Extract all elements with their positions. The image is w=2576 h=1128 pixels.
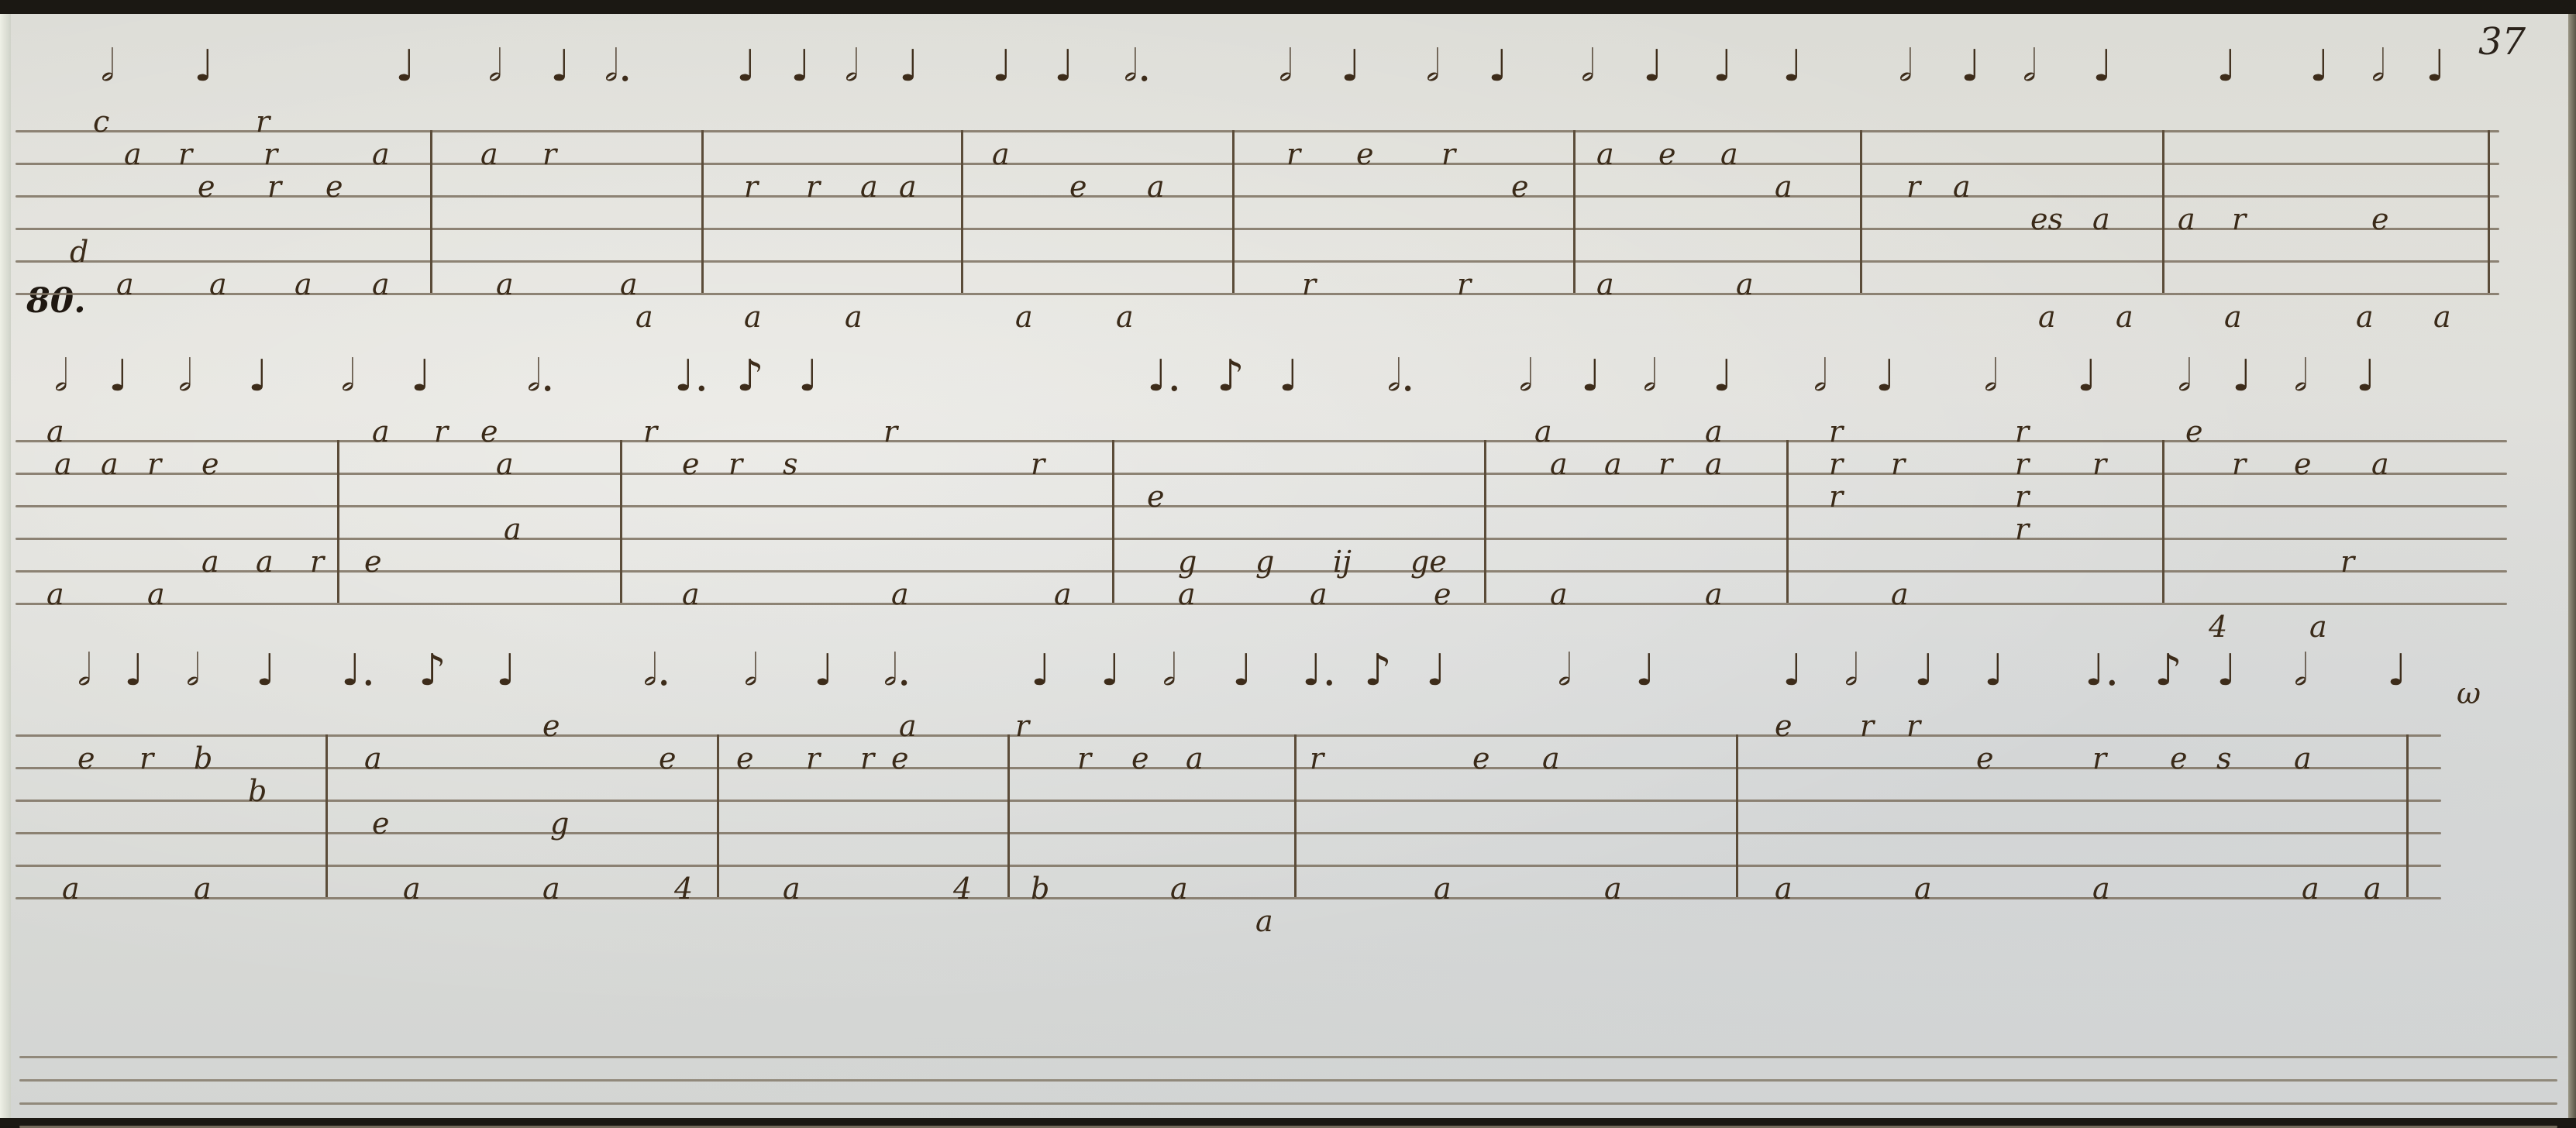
tab-letter: a	[1705, 579, 1723, 609]
tab-letter: a	[1596, 139, 1614, 169]
barline	[1112, 440, 1114, 603]
tab-letter: r	[1658, 449, 1672, 479]
staff-line	[15, 195, 2499, 198]
tab-letter: a	[504, 514, 522, 544]
rhythm-flag: ♩	[124, 649, 144, 693]
tab-letter: r	[2232, 449, 2246, 479]
rhythm-flag: ♩	[1984, 649, 2004, 693]
rhythm-flag: ♩.	[1302, 649, 1336, 693]
rhythm-flag: ♪	[1364, 649, 1392, 693]
tab-letter: a	[209, 270, 227, 299]
tab-letter: s	[783, 449, 798, 479]
rhythm-flag: ♩	[1581, 355, 1601, 398]
rhythm-flag: ♩	[2426, 45, 2446, 88]
rhythm-flag: ♩	[2092, 45, 2113, 88]
tab-letter: a	[2364, 874, 2381, 903]
tab-letter: r	[1302, 270, 1316, 299]
barline	[717, 734, 719, 897]
rhythm-flag: ♩	[814, 649, 834, 693]
tab-letter: a	[1775, 874, 1793, 903]
rhythm-flag: ♩.	[674, 355, 708, 398]
barline	[961, 130, 963, 293]
tab-letter: e	[1472, 744, 1490, 773]
tab-letter: a	[372, 270, 390, 299]
tab-letter: r	[744, 172, 758, 201]
page-right-edge	[2568, 14, 2576, 1118]
rhythm-flag: 𝅗𝅥	[2178, 355, 2192, 398]
staff-line	[15, 228, 2499, 230]
tab-letter: a	[1953, 172, 1971, 201]
rhythm-flag: 𝅗𝅥.	[1124, 45, 1152, 88]
staff-line	[15, 538, 2507, 540]
tab-letter: r	[2015, 417, 2029, 446]
tab-letter: a	[124, 139, 142, 169]
tab-letter: g	[550, 809, 569, 838]
tab-letter: r	[2015, 482, 2029, 511]
tab-letter: a	[116, 270, 134, 299]
rhythm-flag: ♩	[2232, 355, 2252, 398]
tab-letter: r	[1457, 270, 1471, 299]
staff-line	[15, 734, 2441, 737]
tab-letter: a	[2092, 874, 2110, 903]
tab-letter: e	[2294, 449, 2312, 479]
rhythm-flag: ♩	[1713, 45, 1733, 88]
rhythm-flag: ♩.	[1147, 355, 1181, 398]
tab-letter: r	[256, 107, 270, 136]
rhythm-flag: 𝅗𝅥	[54, 355, 68, 398]
rhythm-flag: ♩	[1100, 649, 1121, 693]
rhythm-flag: ♩	[256, 649, 276, 693]
tab-letter: a	[1550, 579, 1568, 609]
tab-letter: a	[992, 139, 1010, 169]
tab-letter: e	[1976, 744, 1994, 773]
rhythm-flag: ♩	[1488, 45, 1508, 88]
barline	[1860, 130, 1862, 293]
barline	[430, 130, 432, 293]
tab-letter: d	[70, 237, 88, 267]
rhythm-flag: ♩	[1914, 649, 1934, 693]
tab-letter: a	[860, 172, 878, 201]
rhythm-flag: 𝅗𝅥.	[883, 649, 911, 693]
tab-letter: a	[845, 302, 863, 332]
tab-letter: r	[1077, 744, 1091, 773]
rhythm-flag: 𝅗𝅥	[1426, 45, 1440, 88]
tab-letter: a	[364, 744, 382, 773]
tab-letter: r	[643, 417, 657, 446]
barline	[1786, 440, 1789, 603]
tab-letter: r	[434, 417, 448, 446]
tab-letter: r	[1829, 417, 1843, 446]
tab-letter: e	[325, 172, 343, 201]
tab-letter: e	[2170, 744, 2188, 773]
rhythm-flag: ♩	[1782, 45, 1803, 88]
rhythm-flag: 𝅗𝅥.	[604, 45, 632, 88]
rhythm-flag: ♩	[1643, 45, 1663, 88]
staff-line	[15, 473, 2507, 475]
rhythm-flag: ♩	[736, 45, 756, 88]
rhythm-flag: 𝅗𝅥	[2294, 355, 2308, 398]
rhythm-flag: 𝅗𝅥	[1279, 45, 1293, 88]
rhythm-flag: 𝅗𝅥	[1519, 355, 1533, 398]
tab-letter: a	[2294, 744, 2312, 773]
tab-letter: e	[372, 809, 390, 838]
rhythm-flag: ♩	[2216, 45, 2237, 88]
tab-letter: a	[1720, 139, 1738, 169]
piece-number-marker: 80.	[26, 281, 86, 321]
rhythm-flag: ♩	[411, 355, 431, 398]
barline	[2488, 130, 2490, 293]
rhythm-flag: ♩	[899, 45, 919, 88]
tab-letter: a	[403, 874, 421, 903]
tab-letter: a	[2116, 302, 2133, 332]
tab-letter: ω	[2457, 679, 2481, 708]
tab-letter: r	[1015, 711, 1029, 741]
tab-letter: 4	[674, 874, 693, 903]
rhythm-flag: 𝅗𝅥	[186, 649, 200, 693]
rhythm-flag: 𝅗𝅥	[2371, 45, 2385, 88]
rhythm-flag: 𝅗𝅥	[1844, 649, 1858, 693]
rhythm-flag: 𝅗𝅥	[341, 355, 355, 398]
tab-letter: es	[2030, 205, 2063, 234]
rhythm-flag: ♩.	[341, 649, 375, 693]
rhythm-flag: 𝅗𝅥	[845, 45, 859, 88]
tab-letter: r	[2015, 514, 2029, 544]
rhythm-flag: 𝅗𝅥.	[1387, 355, 1415, 398]
rhythm-flag: ♩	[1341, 45, 1361, 88]
tab-letter: a	[1116, 302, 1134, 332]
tab-letter: 4	[953, 874, 972, 903]
tab-letter: e	[1069, 172, 1087, 201]
tab-letter: r	[2340, 547, 2354, 576]
tab-letter: c	[93, 107, 109, 136]
tab-letter: e	[1775, 711, 1793, 741]
tab-letter: r	[1441, 139, 1455, 169]
rhythm-flag: ♪	[1217, 355, 1245, 398]
tab-letter: e	[2371, 205, 2389, 234]
rhythm-flag: ♩	[1782, 649, 1803, 693]
tab-letter: a	[256, 547, 274, 576]
rhythm-flag: ♩	[790, 45, 811, 88]
tab-letter: a	[101, 449, 119, 479]
tab-letter: a	[201, 547, 219, 576]
blank-staff-line	[19, 1102, 2557, 1105]
tab-letter: r	[139, 744, 153, 773]
tab-letter: r	[2015, 449, 2029, 479]
rhythm-flag: ♩	[1232, 649, 1252, 693]
rhythm-flag: 𝅗𝅥	[1558, 649, 1572, 693]
staff-line	[15, 865, 2441, 867]
tab-letter: a	[899, 172, 917, 201]
rhythm-flag: ♩	[194, 45, 214, 88]
staff-line	[15, 897, 2441, 899]
tab-letter: a	[1542, 744, 1560, 773]
rhythm-flag: 𝅗𝅥	[2023, 45, 2037, 88]
rhythm-flag: ♩	[2387, 649, 2407, 693]
tab-letter: a	[1604, 449, 1622, 479]
tab-letter: a	[1147, 172, 1165, 201]
tab-letter: a	[46, 579, 64, 609]
tab-letter: a	[1434, 874, 1452, 903]
tab-letter: e	[682, 449, 700, 479]
tab-letter: a	[147, 579, 165, 609]
tab-letter: a	[1705, 417, 1723, 446]
tab-letter: a	[372, 417, 390, 446]
rhythm-flag: 𝅗𝅥	[744, 649, 758, 693]
tab-letter: a	[496, 270, 514, 299]
rhythm-flag: ♩	[395, 45, 415, 88]
tab-letter: a	[1310, 579, 1328, 609]
tab-letter: a	[635, 302, 653, 332]
rhythm-flag: ♩	[108, 355, 129, 398]
tab-letter: ge	[1410, 547, 1447, 576]
tab-letter: e	[201, 449, 219, 479]
tab-letter: r	[728, 449, 742, 479]
tab-letter: a	[1186, 744, 1204, 773]
rhythm-flag: ♩	[798, 355, 818, 398]
rhythm-flag: 𝅗𝅥.	[643, 649, 671, 693]
rhythm-flag: 𝅗𝅥	[1984, 355, 1998, 398]
barline	[1232, 130, 1235, 293]
tab-letter: 4	[2209, 612, 2227, 641]
tab-letter: e	[891, 744, 909, 773]
rhythm-flag: ♩	[1031, 649, 1051, 693]
tab-letter: r	[542, 139, 556, 169]
tab-letter: e	[480, 417, 498, 446]
tab-letter: r	[2232, 205, 2246, 234]
tab-letter: e	[659, 744, 677, 773]
page-left-edge	[0, 14, 11, 1118]
barline	[2162, 440, 2164, 603]
barline	[337, 440, 339, 603]
tab-letter: a	[1255, 906, 1273, 936]
rhythm-flag: 𝅗𝅥	[1643, 355, 1657, 398]
tab-letter: a	[899, 711, 917, 741]
tab-letter: a	[1604, 874, 1622, 903]
tab-letter: e	[1147, 482, 1165, 511]
tab-letter: a	[2433, 302, 2451, 332]
tab-letter: a	[2309, 612, 2327, 641]
tab-letter: e	[1658, 139, 1676, 169]
tab-letter: r	[310, 547, 324, 576]
tab-letter: r	[1906, 172, 1920, 201]
tab-letter: r	[806, 172, 820, 201]
barline	[701, 130, 704, 293]
rhythm-flag: ♩	[2356, 355, 2376, 398]
tab-letter: a	[1775, 172, 1793, 201]
barline	[2162, 130, 2164, 293]
tab-letter: a	[783, 874, 801, 903]
tab-letter: a	[1891, 579, 1909, 609]
tab-letter: e	[736, 744, 754, 773]
rhythm-flag: 𝅗𝅥	[1581, 45, 1595, 88]
tab-letter: r	[263, 139, 277, 169]
blank-staff-line	[19, 1056, 2557, 1058]
tab-letter: r	[2092, 744, 2106, 773]
tab-letter: r	[1310, 744, 1324, 773]
tab-letter: a	[891, 579, 909, 609]
staff-line	[15, 260, 2499, 263]
tab-letter: a	[744, 302, 762, 332]
tab-letter: e	[1434, 579, 1452, 609]
tab-letter: g	[1178, 547, 1197, 576]
tab-letter: r	[1906, 711, 1920, 741]
barline	[1573, 130, 1576, 293]
tab-letter: e	[1356, 139, 1374, 169]
tab-letter: s	[2216, 744, 2232, 773]
tab-letter: a	[2302, 874, 2319, 903]
tab-letter: e	[542, 711, 560, 741]
tab-letter: b	[1031, 874, 1049, 903]
tab-letter: r	[147, 449, 161, 479]
staff-line	[15, 130, 2499, 132]
staff-line	[15, 505, 2507, 507]
tab-letter: a	[1534, 417, 1552, 446]
tab-letter: a	[2038, 302, 2056, 332]
rhythm-flag: ♩	[496, 649, 516, 693]
rhythm-flag: ♩	[1875, 355, 1896, 398]
staff-line	[15, 800, 2441, 802]
tab-letter: a	[480, 139, 498, 169]
rhythm-flag: 𝅗𝅥	[178, 355, 192, 398]
rhythm-flag: ♩	[992, 45, 1012, 88]
tab-letter: a	[1054, 579, 1072, 609]
tab-letter: a	[372, 139, 390, 169]
rhythm-flag: ♩	[2309, 45, 2330, 88]
rhythm-flag: 𝅗𝅥	[1813, 355, 1827, 398]
rhythm-flag: ♪	[736, 355, 764, 398]
tab-letter: ij	[1333, 547, 1352, 576]
rhythm-flag: 𝅗𝅥	[488, 45, 502, 88]
tab-letter: e	[1511, 172, 1529, 201]
tab-letter: a	[542, 874, 560, 903]
tab-letter: a	[2224, 302, 2242, 332]
rhythm-flag: ♩	[550, 45, 570, 88]
tab-letter: r	[1829, 449, 1843, 479]
barline	[1736, 734, 1738, 897]
rhythm-flag: ♪	[418, 649, 446, 693]
barline	[1294, 734, 1297, 897]
tab-letter: e	[198, 172, 215, 201]
blank-staff-line	[19, 1079, 2557, 1082]
tab-letter: a	[1736, 270, 1754, 299]
rhythm-flag: 𝅗𝅥	[1899, 45, 1913, 88]
rhythm-flag: 𝅗𝅥	[77, 649, 91, 693]
tab-letter: r	[178, 139, 192, 169]
tab-letter: a	[2178, 205, 2195, 234]
manuscript-page: 37 80. 𝅗𝅥♩♩𝅗𝅥♩𝅗𝅥.♩♩𝅗𝅥♩♩♩𝅗𝅥.𝅗𝅥♩𝅗𝅥♩𝅗𝅥♩♩♩𝅗𝅥…	[0, 14, 2576, 1118]
tab-letter: r	[1031, 449, 1045, 479]
tab-letter: r	[1860, 711, 1874, 741]
tab-letter: a	[46, 417, 64, 446]
tab-letter: g	[1255, 547, 1274, 576]
barline	[1007, 734, 1010, 897]
rhythm-flag: ♪	[2154, 649, 2182, 693]
rhythm-flag: ♩	[248, 355, 268, 398]
tab-letter: b	[248, 776, 267, 806]
rhythm-flag: ♩	[1961, 45, 1981, 88]
rhythm-flag: ♩	[2077, 355, 2097, 398]
tab-letter: a	[294, 270, 312, 299]
tab-letter: e	[2185, 417, 2203, 446]
tab-letter: a	[682, 579, 700, 609]
page-number: 37	[2478, 20, 2526, 64]
rhythm-flag: ♩	[2216, 649, 2237, 693]
tab-letter: a	[62, 874, 80, 903]
tab-letter: a	[1015, 302, 1033, 332]
tab-letter: r	[1891, 449, 1905, 479]
barline	[2406, 734, 2409, 897]
barline	[1484, 440, 1486, 603]
rhythm-flag: ♩	[1054, 45, 1074, 88]
tab-letter: a	[2356, 302, 2374, 332]
tab-letter: a	[54, 449, 72, 479]
tab-letter: r	[1829, 482, 1843, 511]
barline	[620, 440, 622, 603]
tab-letter: a	[194, 874, 212, 903]
rhythm-flag: 𝅗𝅥	[2294, 649, 2308, 693]
tab-letter: b	[194, 744, 212, 773]
rhythm-flag: ♩	[1635, 649, 1655, 693]
tab-letter: a	[1914, 874, 1932, 903]
tab-letter: a	[1705, 449, 1723, 479]
tab-letter: e	[77, 744, 95, 773]
tab-letter: r	[2092, 449, 2106, 479]
tab-letter: a	[496, 449, 514, 479]
tab-letter: r	[267, 172, 281, 201]
tab-letter: a	[2371, 449, 2389, 479]
tab-letter: a	[1550, 449, 1568, 479]
tab-letter: a	[1170, 874, 1188, 903]
rhythm-flag: 𝅗𝅥	[101, 45, 115, 88]
tab-letter: e	[364, 547, 382, 576]
tab-letter: r	[883, 417, 897, 446]
tab-letter: a	[1596, 270, 1614, 299]
tab-letter: a	[1178, 579, 1196, 609]
barline	[325, 734, 328, 897]
rhythm-flag: ♩	[1279, 355, 1299, 398]
tab-letter: a	[620, 270, 638, 299]
staff-line	[15, 603, 2507, 605]
tab-letter: r	[1286, 139, 1300, 169]
rhythm-flag: ♩	[1426, 649, 1446, 693]
tab-letter: r	[806, 744, 820, 773]
rhythm-flag: ♩	[1713, 355, 1733, 398]
tab-letter: e	[1131, 744, 1149, 773]
rhythm-flag: ♩.	[2085, 649, 2119, 693]
rhythm-flag: 𝅗𝅥.	[527, 355, 555, 398]
tab-letter: r	[860, 744, 874, 773]
rhythm-flag: 𝅗𝅥	[1162, 649, 1176, 693]
tab-letter: a	[2092, 205, 2110, 234]
